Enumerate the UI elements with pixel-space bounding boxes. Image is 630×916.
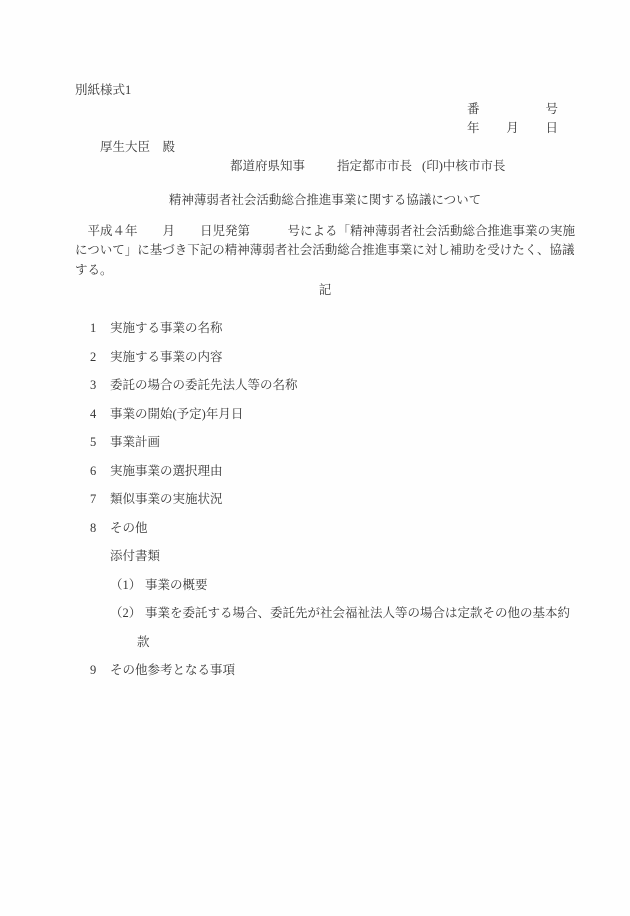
list-item: 2 実施する事業の内容: [75, 347, 575, 367]
list-item-text: その他参考となる事項: [110, 660, 235, 680]
sender-line: 都道府県知事 指定都市市長 (印)中核市市長: [230, 157, 575, 176]
sender-core-city-mayor: (印)中核市市長: [422, 157, 505, 176]
list-item-number: 8: [90, 518, 110, 538]
list-item-text: 事業計画: [110, 432, 160, 452]
list-item-text: 事業の開始(予定)年月日: [110, 404, 243, 424]
list-item: 5 事業計画: [75, 432, 575, 452]
list-subitem-text: 事業を委託する場合、委託先が社会福祉法人等の場合は定款その他の基本約: [145, 603, 570, 623]
list-subitem: （1） 事業の概要: [75, 575, 575, 595]
date-label-day: 日: [545, 119, 558, 138]
number-label-go: 号: [545, 100, 558, 119]
date-label-month: 月: [506, 119, 519, 138]
list-subitem-number: （2）: [110, 603, 145, 623]
list-subitem-continuation: 款: [137, 632, 575, 652]
body-paragraph: 平成４年 月 日児発第 号による「精神薄弱者社会活動総合推進事業の実施 について…: [75, 222, 575, 281]
list-item-number: 6: [90, 461, 110, 481]
list-item: 7 類似事業の実施状況: [75, 489, 575, 509]
list-subitem: （2） 事業を委託する場合、委託先が社会福祉法人等の場合は定款その他の基本約: [75, 603, 575, 623]
list-item-text: 実施する事業の内容: [110, 347, 223, 367]
number-label-ban: 番: [467, 100, 480, 119]
list-subitem-number: （1）: [110, 575, 145, 595]
list-item: 4 事業の開始(予定)年月日: [75, 404, 575, 424]
document-title: 精神薄弱者社会活動総合推進事業に関する協議について: [75, 190, 575, 210]
list-item: 9 その他参考となる事項: [75, 660, 575, 680]
list-item: 8 その他: [75, 518, 575, 538]
list-item: 6 実施事業の選択理由: [75, 461, 575, 481]
list-item-text: 委託の場合の委託先法人等の名称: [110, 375, 298, 395]
list-subitem-text: 事業の概要: [145, 575, 208, 595]
list-item-number: 7: [90, 489, 110, 509]
document-page: 別紙様式1 番 号 年 月 日 厚生大臣 殿 都道府県知事 指定都市市長 (印)…: [0, 0, 630, 916]
recipient-line: 厚生大臣 殿: [100, 138, 575, 157]
list-item: 3 委託の場合の委託先法人等の名称: [75, 375, 575, 395]
list-item-number: 1: [90, 318, 110, 338]
list-item-number: 5: [90, 432, 110, 452]
date-label-year: 年: [467, 119, 480, 138]
list-item-number: 9: [90, 660, 110, 680]
list-item-text: 実施する事業の名称: [110, 318, 223, 338]
list-item-text: 款: [137, 632, 150, 652]
list-item-text: 実施事業の選択理由: [110, 461, 223, 481]
form-label: 別紙様式1: [75, 81, 575, 100]
list-item: 1 実施する事業の名称: [75, 318, 575, 338]
list-item-text: 添付書類: [110, 546, 160, 566]
list-subitem-attachments-heading: 添付書類: [110, 546, 575, 566]
list-item-number: 3: [90, 375, 110, 395]
sender-designated-city-mayor: 指定都市市長: [337, 157, 412, 176]
document-date-line: 年 月 日: [467, 119, 558, 138]
item-list: 1 実施する事業の名称 2 実施する事業の内容 3 委託の場合の委託先法人等の名…: [75, 318, 575, 680]
list-item-number: 2: [90, 347, 110, 367]
list-item-text: 類似事業の実施状況: [110, 489, 223, 509]
document-number-line: 番 号: [467, 100, 558, 119]
list-item-text: その他: [110, 518, 148, 538]
sender-prefectural-governor: 都道府県知事: [230, 157, 305, 176]
section-marker: 記: [75, 280, 575, 300]
list-item-number: 4: [90, 404, 110, 424]
